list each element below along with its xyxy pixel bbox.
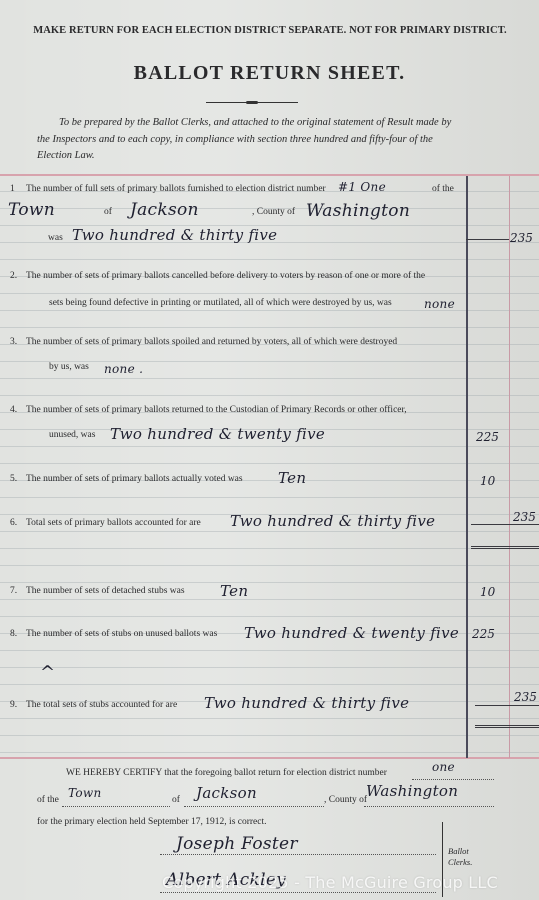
cert-county-label: , County of	[324, 795, 367, 805]
cert-town: Town	[68, 786, 102, 800]
clerks-label-2: Clerks.	[448, 857, 472, 868]
item-number: 3.	[10, 337, 26, 347]
county-blank	[364, 806, 494, 807]
item-1-tail: of the	[432, 184, 454, 194]
county-label: , County of	[252, 207, 295, 217]
clerks-label-1: Ballot	[448, 846, 469, 857]
district-entry: #1 One	[338, 180, 386, 194]
item-number: 5.	[10, 474, 26, 484]
rule	[466, 239, 509, 240]
town-blank	[62, 806, 170, 807]
rule	[471, 524, 539, 525]
rule	[475, 727, 539, 728]
cert-of-the: of the	[37, 795, 59, 805]
item-9-line: 9.The total sets of stubs accounted for …	[10, 700, 177, 710]
item-5-figure: 10	[480, 474, 495, 488]
item-number: 8.	[10, 629, 26, 639]
item-3-line: 3.The number of sets of primary ballots …	[10, 337, 397, 347]
item-number: 7.	[10, 586, 26, 596]
cert-place: Jackson	[196, 784, 257, 802]
item-1-figure: 235	[510, 231, 533, 245]
item-8-line: 8.The number of sets of stubs on unused …	[10, 629, 217, 639]
item-3-line2: by us, was	[49, 362, 89, 372]
of-label: of	[104, 207, 112, 217]
item-2-line: 2.The number of sets of primary ballots …	[10, 271, 425, 281]
district-blank	[412, 779, 494, 780]
item-6-line: 6.Total sets of primary ballots accounte…	[10, 518, 201, 528]
item-2-written: none	[424, 297, 455, 311]
rule	[475, 725, 539, 726]
rule	[471, 546, 539, 547]
item-number: 6.	[10, 518, 26, 528]
item-6-figure: 235	[513, 510, 536, 524]
item-9-written: Two hundred & thirty five	[204, 694, 409, 712]
item-text: The number of sets of primary ballots re…	[26, 405, 407, 415]
item-number: 9.	[10, 700, 26, 710]
item-number: 4.	[10, 405, 26, 415]
page-title: BALLOT RETURN SHEET.	[0, 62, 539, 85]
place-blank	[184, 806, 324, 807]
item-3-written: none .	[104, 362, 143, 376]
item-text: The number of sets of detached stubs was	[26, 586, 185, 596]
item-1-written: Two hundred & thirty five	[72, 226, 277, 244]
cert-line-3: for the primary election held September …	[37, 817, 267, 827]
rule	[475, 705, 539, 706]
item-7-line: 7.The number of sets of detached stubs w…	[10, 586, 185, 596]
signature-1: Joseph Foster	[176, 834, 298, 854]
item-5-written: Ten	[278, 469, 306, 487]
item-1-line: 1The number of full sets of primary ball…	[10, 184, 326, 194]
margin-mark: ^	[40, 662, 55, 683]
item-text: Total sets of primary ballots accounted …	[26, 518, 201, 528]
instruction-header: MAKE RETURN FOR EACH ELECTION DISTRICT S…	[30, 24, 510, 37]
copyright-watermark: Copyright 2025 - The McGuire Group LLC	[162, 873, 498, 892]
totals-column-divider	[509, 176, 510, 758]
item-5-line: 5.The number of sets of primary ballots …	[10, 474, 243, 484]
county-entry: Washington	[306, 201, 410, 221]
title-ornament	[206, 101, 298, 104]
item-text: The number of sets of primary ballots sp…	[26, 337, 397, 347]
item-4-line: 4.The number of sets of primary ballots …	[10, 405, 407, 415]
signature-line-1	[160, 854, 436, 855]
intro-paragraph: To be prepared by the Ballot Clerks, and…	[37, 115, 465, 165]
cert-of: of	[172, 795, 180, 805]
item-text: The total sets of stubs accounted for ar…	[26, 700, 177, 710]
item-text: The number of sets of stubs on unused ba…	[26, 629, 217, 639]
item-text: The number of sets of primary ballots ca…	[26, 271, 425, 281]
bottom-margin-rule	[0, 757, 539, 759]
item-number: 1	[10, 184, 26, 194]
item-number: 2.	[10, 271, 26, 281]
item-8-written: Two hundred & twenty five	[244, 624, 459, 642]
figures-column-divider	[466, 176, 468, 758]
item-7-written: Ten	[220, 582, 248, 600]
item-4-line2: unused, was	[49, 430, 95, 440]
cert-county: Washington	[366, 782, 458, 800]
was-label: was	[48, 233, 63, 243]
ballot-return-sheet: MAKE RETURN FOR EACH ELECTION DISTRICT S…	[0, 0, 539, 900]
item-6-written: Two hundred & thirty five	[230, 512, 435, 530]
cert-line-1: WE HEREBY CERTIFY that the foregoing bal…	[66, 768, 387, 778]
item-8-figure: 225	[472, 627, 495, 641]
item-4-figure: 225	[476, 430, 499, 444]
item-2-line2: sets being found defective in printing o…	[49, 298, 392, 308]
signature-line-2	[160, 892, 436, 893]
item-text: The number of sets of primary ballots ac…	[26, 474, 243, 484]
item-9-figure: 235	[514, 690, 537, 704]
top-margin-rule	[0, 174, 539, 176]
item-text: The number of full sets of primary ballo…	[26, 184, 326, 194]
place-entry: Jackson	[130, 200, 199, 220]
ruled-lines	[0, 175, 539, 757]
town-entry: Town	[8, 200, 55, 220]
rule	[471, 548, 539, 549]
item-7-figure: 10	[480, 585, 495, 599]
item-4-written: Two hundred & twenty five	[110, 425, 325, 443]
cert-district: one	[432, 760, 455, 774]
